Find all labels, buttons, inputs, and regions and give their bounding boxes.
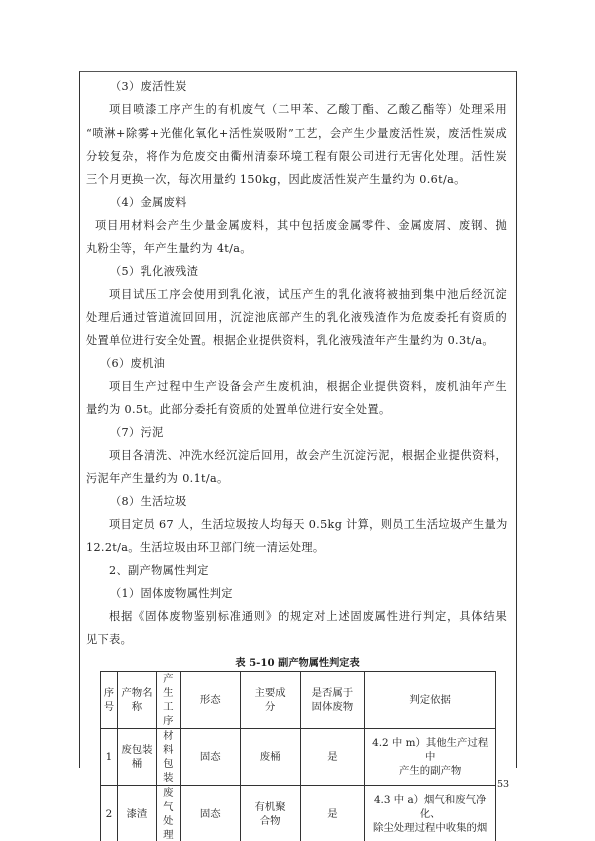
paragraph-line: 污泥年产生量约为 0.1t/a。 xyxy=(86,472,229,486)
cell-text: 固体废物 xyxy=(303,700,363,714)
table-row: 1废包装桶材料包装固态废桶是4.2 中 m）其他生产过程中产生的副产物 xyxy=(101,729,496,786)
table-cell: 1 xyxy=(101,729,118,786)
cell-text: 1 xyxy=(103,750,115,764)
cell-text: 固态 xyxy=(183,807,238,821)
cell-text: 号 xyxy=(103,700,115,714)
paragraph-line: 项目各清洗、冲洗水经沉淀后回用，故会产生沉淀污泥，根据企业提供资料， xyxy=(109,449,507,463)
table-header-row: 序号产物名称产生工序形态主要成分是否属于固体废物判定依据 xyxy=(101,672,496,729)
table-cell: 废桶 xyxy=(240,729,300,786)
table-cell: 废包装桶 xyxy=(117,729,156,786)
paragraph-line: 2、副产物属性判定 xyxy=(109,564,209,578)
cell-text: 有机聚 xyxy=(243,800,298,814)
paragraph-line: 项目定员 67 人，生活垃圾按人均每天 0.5kg 计算，则员工生活垃圾产生量为 xyxy=(109,518,507,532)
cell-text: 产生 xyxy=(159,672,178,700)
byproduct-attribute-table: 序号产物名称产生工序形态主要成分是否属于固体废物判定依据1废包装桶材料包装固态废… xyxy=(100,671,496,841)
cell-text: 2 xyxy=(103,807,115,821)
cell-text: 主要成 xyxy=(243,686,298,700)
table-cell: 固态 xyxy=(180,786,240,841)
table-cell: 判定依据 xyxy=(365,672,496,729)
cell-text: 废气 xyxy=(159,786,178,814)
paragraph-line: （8）生活垃圾 xyxy=(110,495,187,509)
cell-text: 包装 xyxy=(159,757,178,785)
cell-text: 材料 xyxy=(159,729,178,757)
paragraph-line: 量约为 0.5t。此部分委托有资质的处置单位进行安全处置。 xyxy=(86,403,391,417)
cell-text: 漆渣 xyxy=(120,807,154,821)
cell-text: 桶 xyxy=(120,757,154,771)
cell-text: 工序 xyxy=(159,700,178,728)
cell-text: 固态 xyxy=(183,750,238,764)
table-cell: 4.3 中 a）烟气和废气净化、除尘处理过程中收集的烟 xyxy=(365,786,496,841)
cell-text: 产生的副产物 xyxy=(367,764,493,778)
paragraph-line: 项目试压工序会使用到乳化液，试压产生的乳化液将被抽到集中池后经沉淀 xyxy=(109,288,507,302)
paragraph-line: 见下表。 xyxy=(86,633,132,647)
paragraph-line: 三个月更换一次，每次用量约 150kg，因此废活性炭产生量约为 0.6t/a。 xyxy=(86,173,466,187)
table-row: 2漆渣废气处理固态有机聚合物是4.3 中 a）烟气和废气净化、除尘处理过程中收集… xyxy=(101,786,496,841)
table-cell: 是 xyxy=(300,729,365,786)
cell-text: 是 xyxy=(303,750,363,764)
paragraph-line: 项目用材料会产生少量金属废料，其中包括废金属零件、金属废屑、废钢、抛 xyxy=(95,219,507,233)
table-cell: 是否属于固体废物 xyxy=(300,672,365,729)
cell-text: 称 xyxy=(120,700,154,714)
table-cell: 固态 xyxy=(180,729,240,786)
cell-text: 分 xyxy=(243,700,298,714)
cell-text: 判定依据 xyxy=(367,693,493,707)
paragraph-line: （1）固体废物属性判定 xyxy=(110,587,233,601)
table-cell: 材料包装 xyxy=(156,729,180,786)
paragraph-line: （6）废机油 xyxy=(100,357,165,371)
paragraph-line: 丸粉尘等，年产生量约为 4t/a。 xyxy=(86,242,252,256)
table-cell: 有机聚合物 xyxy=(240,786,300,841)
paragraph-line: 分较复杂，将作为危废交由衢州清泰环境工程有限公司进行无害化处理。活性炭 xyxy=(86,150,507,164)
paragraph-line: （5）乳化液残渣 xyxy=(110,265,198,279)
table-cell: 废气处理 xyxy=(156,786,180,841)
cell-text: 废包装 xyxy=(120,743,154,757)
paragraph-line: 处置单位进行安全处置。根据企业提供资料，乳化液残渣年产生量约为 0.3t/a。 xyxy=(86,334,494,348)
cell-text: 处理 xyxy=(159,814,178,841)
cell-text: 形态 xyxy=(183,693,238,707)
table-cell: 是 xyxy=(300,786,365,841)
table-cell: 2 xyxy=(101,786,118,841)
cell-text: 是否属于 xyxy=(303,686,363,700)
cell-text: 序 xyxy=(103,686,115,700)
cell-text: 除尘处理过程中收集的烟 xyxy=(367,821,493,835)
paragraph-line: 12.2t/a。生活垃圾由环卫部门统一清运处理。 xyxy=(86,541,324,555)
cell-text: 产物名 xyxy=(120,686,154,700)
cell-text: 废桶 xyxy=(243,750,298,764)
table-cell: 产生工序 xyxy=(156,672,180,729)
table-cell: 主要成分 xyxy=(240,672,300,729)
cell-text: 4.2 中 m）其他生产过程中 xyxy=(367,736,493,764)
page-number: 53 xyxy=(497,779,509,790)
paragraph-line: 项目喷漆工序产生的有机废气（二甲苯、乙酸丁酯、乙酸乙酯等）处理采用 xyxy=(109,103,507,117)
cell-text: 4.3 中 a）烟气和废气净化、 xyxy=(367,793,493,821)
table-cell: 产物名称 xyxy=(117,672,156,729)
paragraph-line: （7）污泥 xyxy=(110,426,164,440)
paragraph-line: （4）金属废料 xyxy=(110,196,187,210)
cell-text: 是 xyxy=(303,807,363,821)
table-caption: 表 5-10 副产物属性判定表 xyxy=(0,657,595,670)
table-cell: 4.2 中 m）其他生产过程中产生的副产物 xyxy=(365,729,496,786)
paragraph-line: 根据《固体废物鉴别标准通则》的规定对上述固废属性进行判定，具体结果 xyxy=(109,610,507,624)
cell-text: 合物 xyxy=(243,814,298,828)
paragraph-line: （3）废活性炭 xyxy=(110,80,187,94)
table-cell: 漆渣 xyxy=(117,786,156,841)
paragraph-line: 处理后通过管道流回回用，沉淀池底部产生的乳化液残渣作为危废委托有资质的 xyxy=(86,311,507,325)
table-cell: 形态 xyxy=(180,672,240,729)
table-cell: 序号 xyxy=(101,672,118,729)
paragraph-line: 项目生产过程中生产设备会产生废机油，根据企业提供资料，废机油年产生 xyxy=(109,380,507,394)
paragraph-line: “喷淋+除雾+光催化氧化+活性炭吸附”工艺，会产生少量废活性炭，废活性炭成 xyxy=(86,127,507,141)
